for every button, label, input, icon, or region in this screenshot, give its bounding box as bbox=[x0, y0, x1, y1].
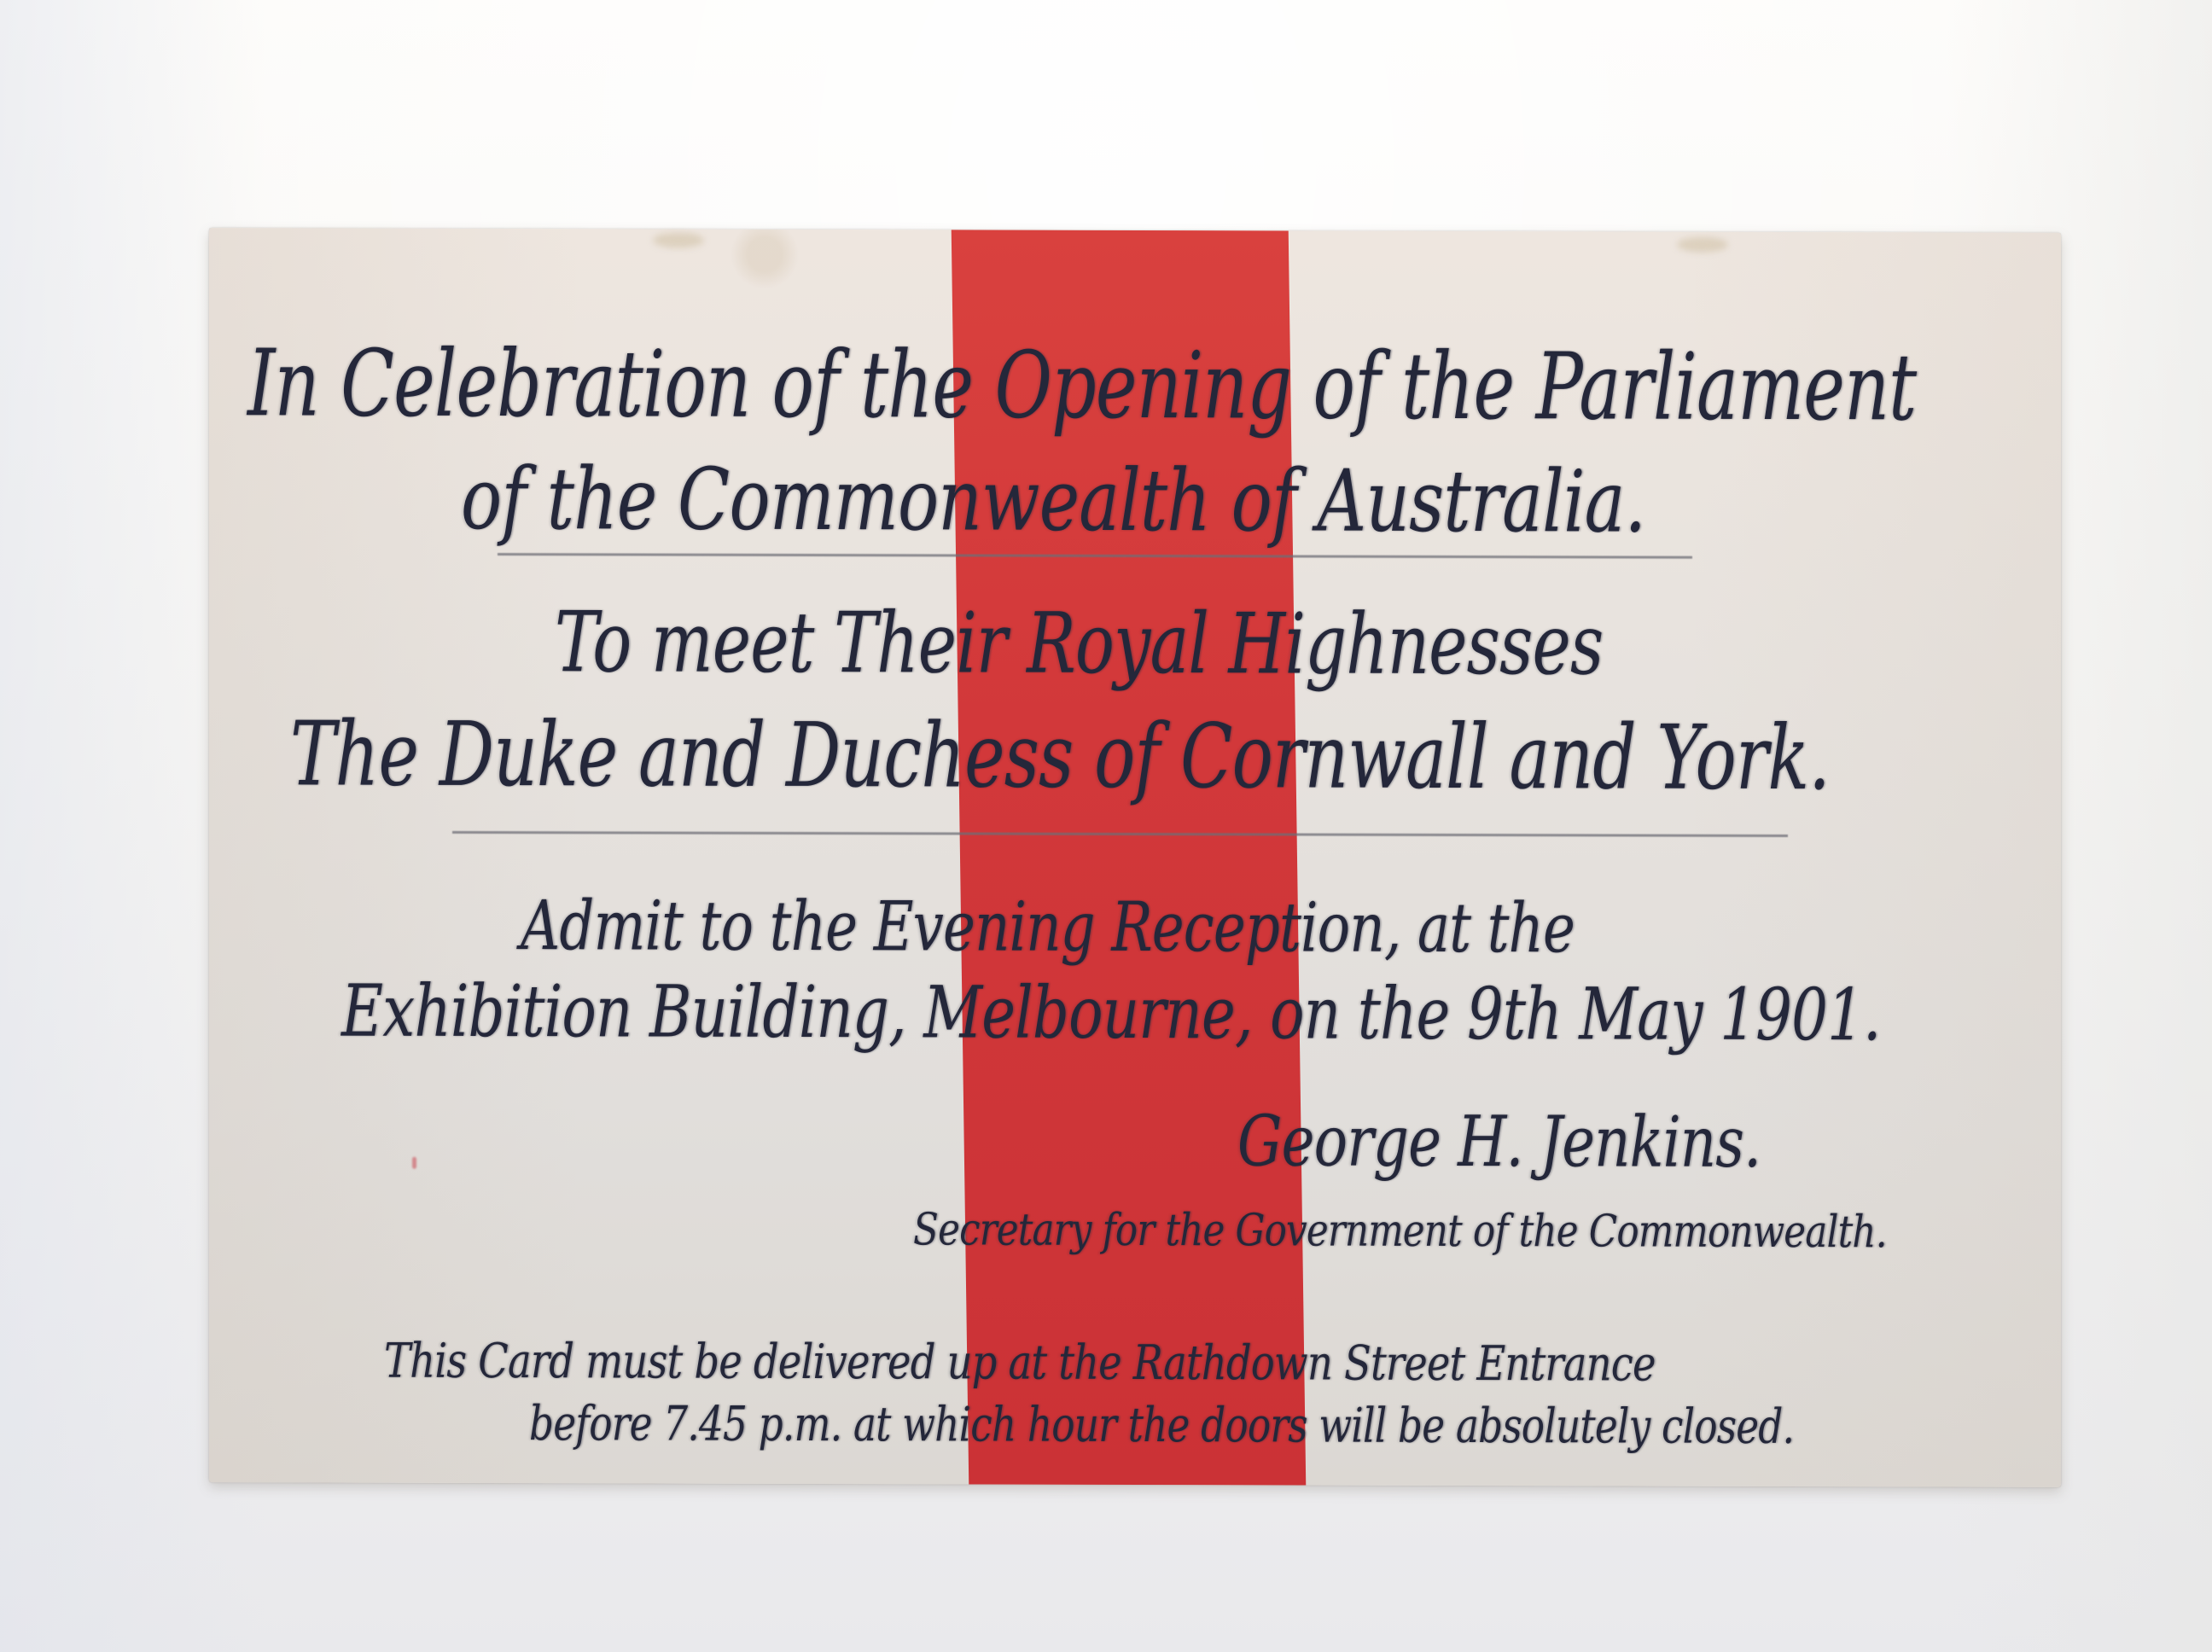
age-stain bbox=[653, 233, 704, 248]
footer-line-1: This Card must be delivered up at the Ra… bbox=[384, 1334, 1656, 1393]
heading-line-1: In Celebration of the Opening of the Par… bbox=[247, 330, 1916, 441]
heading-line-2: of the Commonwealth of Australia. bbox=[461, 449, 1645, 552]
footer-line-2: before 7.45 p.m. at which hour the doors… bbox=[529, 1396, 1794, 1455]
admission-line-2: Exhibition Building, Melbourne, on the 9… bbox=[341, 969, 1881, 1057]
occasion-line-1: To meet Their Royal Highnesses bbox=[555, 594, 1603, 694]
signature-title: Secretary for the Government of the Comm… bbox=[913, 1204, 1887, 1258]
red-ink-mark bbox=[412, 1157, 416, 1169]
admission-line-1: Admit to the Evening Reception, at the bbox=[521, 886, 1575, 968]
signature-name: George H. Jenkins. bbox=[1237, 1101, 1761, 1184]
occasion-line-2: The Duke and Duchess of Cornwall and Yor… bbox=[290, 701, 1830, 810]
invitation-card: In Celebration of the Opening of the Par… bbox=[209, 228, 2061, 1487]
age-stain bbox=[1677, 237, 1728, 253]
